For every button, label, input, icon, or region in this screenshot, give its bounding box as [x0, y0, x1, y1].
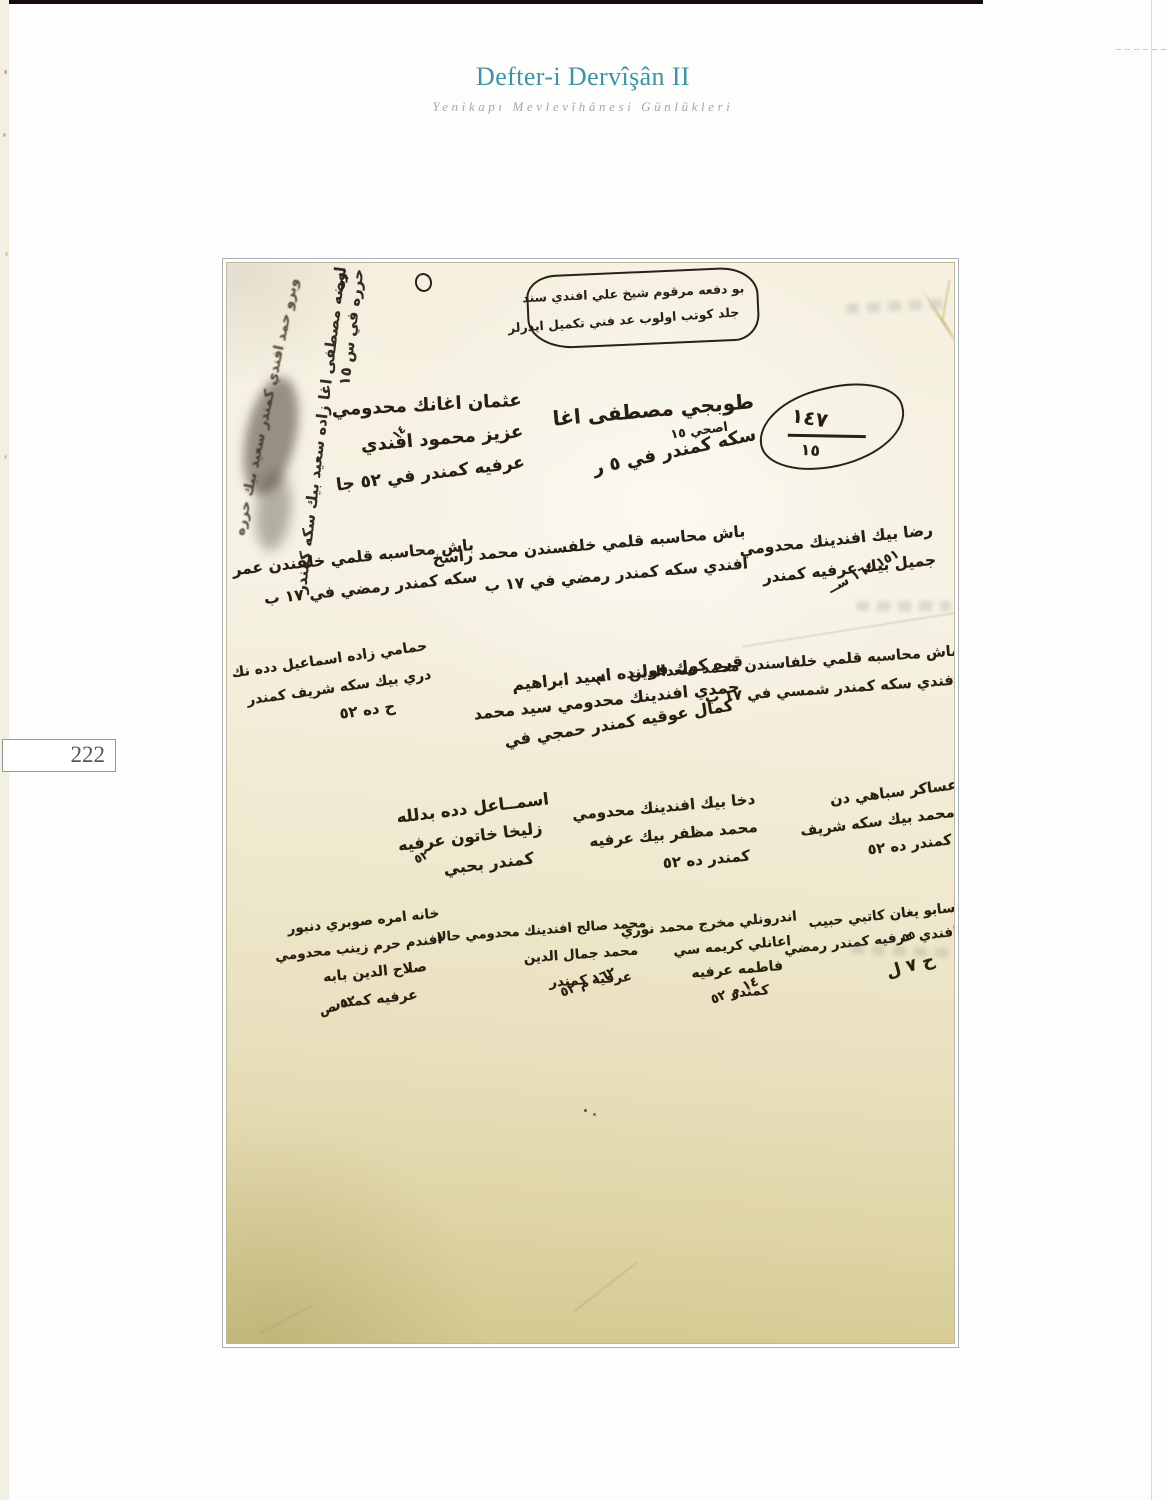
manuscript-entry: عثمان اغانك محدومي عزيز محمود افندي عرفي… [316, 392, 526, 504]
entry-line: ١٥١ ١٦٤ ســ [736, 547, 901, 644]
entry-line: عزيز محمود افندي [318, 423, 524, 460]
entry-line: كمندر ده ٥٢ [538, 848, 751, 882]
manuscript-entry: اسمــاعل دده بدلله زليخا خاتون عرفيه كمن… [334, 790, 559, 907]
seal-rule [788, 434, 866, 438]
entry-line: عثمان اغانك محدومي [316, 392, 522, 422]
paper-crease [259, 1305, 312, 1334]
manuscript-entry: محمد صالح افندينك محدومي حالا محمد جمال … [466, 917, 652, 1017]
manuscript-entry: قره كوك قولنده اسيد ابراهيم حمدي افندينك… [475, 653, 750, 763]
entry-line: افندي سكه كمندر رمضي في ١٧ ب [480, 556, 748, 596]
manuscript-entry: خانه امره صوبري دنبور افندم حرم زينب محد… [230, 906, 451, 1041]
paper-crease [574, 1261, 638, 1311]
entry-line: كمندر ده ٥٢ [804, 834, 953, 867]
manuscript-entry: رضا بيك افندينك محدومي جميل بيك عرفيه كم… [753, 522, 939, 609]
manuscript-entry: عساكر سباهي دن محمد بيك سكه شريف كمندر د… [809, 778, 955, 865]
entry-line: سكه كمندر رمضي في ١٧ ب [242, 569, 477, 610]
seal-number-top: ١٤٧ [790, 403, 830, 432]
manuscript-entry: طوبجي مصطفى اغا اصحي ١٥ سكه كمندر في ٥ ر [569, 391, 759, 472]
top-black-bar [0, 0, 983, 4]
page-number: 222 [2, 739, 116, 772]
manuscript-entry: حمامي زاده اسماعيل دده نك داماد دري بيك … [226, 639, 436, 738]
manuscript-entry: باش محاسبه قلمي خلفاسندن محمد سعدالدين ا… [712, 645, 955, 706]
entry-line: باش محاسبه قلمي خلفاسندن محمد سعدالدين [712, 645, 955, 677]
edge-speck [5, 252, 8, 256]
book-subtitle: Yenikapı Mevlevîhânesi Günlükleri [0, 99, 1166, 115]
seal-number-bottom: ١٥ [800, 440, 820, 460]
boxed-annotation: بو دفعه مرقوم شيخ علي افندي سند جلد كوتب… [525, 266, 760, 350]
page-edge-line [1151, 0, 1152, 1500]
entry-line: باش محاسبه قلمي خلفسندن محمد راسخ [477, 523, 745, 563]
running-head: Defter-i Dervîşân II Yenikapı Mevlevîhân… [0, 62, 1166, 115]
book-page: Defter-i Dervîşân II Yenikapı Mevlevîhân… [0, 0, 1166, 1500]
paper-crease [919, 286, 955, 359]
edge-speck [4, 455, 7, 459]
manuscript-entry: باش محاسبه قلمي خلفسندن محمد راسخ افندي … [477, 523, 748, 595]
manuscript-entry: دخا بيك افندينك محدومي محمد مظفر بيك عرف… [543, 792, 760, 881]
circle-mark [413, 271, 434, 293]
bleed-through-mark [856, 601, 951, 611]
entry-line: افندي سكه كمندر شمسي في ١٧ ب [714, 674, 955, 706]
oval-seal-drawing: ١٤٧ ١٥ [751, 371, 913, 482]
entry-line: رضا بيك افندينك محدومي [753, 522, 934, 557]
page-edge-crease [1116, 49, 1166, 50]
manuscript-photo: بو دفعه مرقوم شيخ علي افندي سند جلد كوتب… [226, 262, 955, 1344]
edge-speck [3, 133, 6, 137]
ink-dots [584, 1109, 587, 1112]
entry-line: محمد صالح افندينك محدومي حالا [466, 917, 647, 943]
manuscript-scan-frame: بو دفعه مرقوم شيخ علي افندي سند جلد كوتب… [222, 258, 959, 1348]
book-title: Defter-i Dervîşân II [0, 62, 1166, 92]
